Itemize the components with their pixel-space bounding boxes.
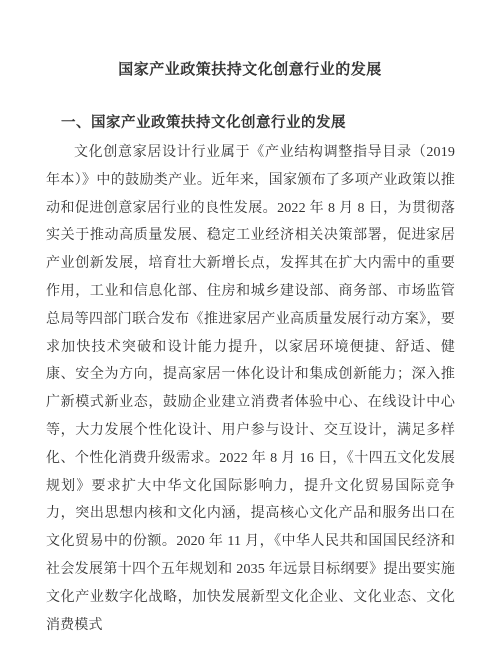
body-paragraph: 文化创意家居设计行业属于《产业结构调整指导目录（2019 年本）》中的鼓励类产业… <box>46 139 455 639</box>
section-heading: 一、国家产业政策扶持文化创意行业的发展 <box>61 115 455 131</box>
document-title: 国家产业政策扶持文化创意行业的发展 <box>0 0 500 78</box>
document-page: 国家产业政策扶持文化创意行业的发展 一、国家产业政策扶持文化创意行业的发展 文化… <box>0 0 500 647</box>
